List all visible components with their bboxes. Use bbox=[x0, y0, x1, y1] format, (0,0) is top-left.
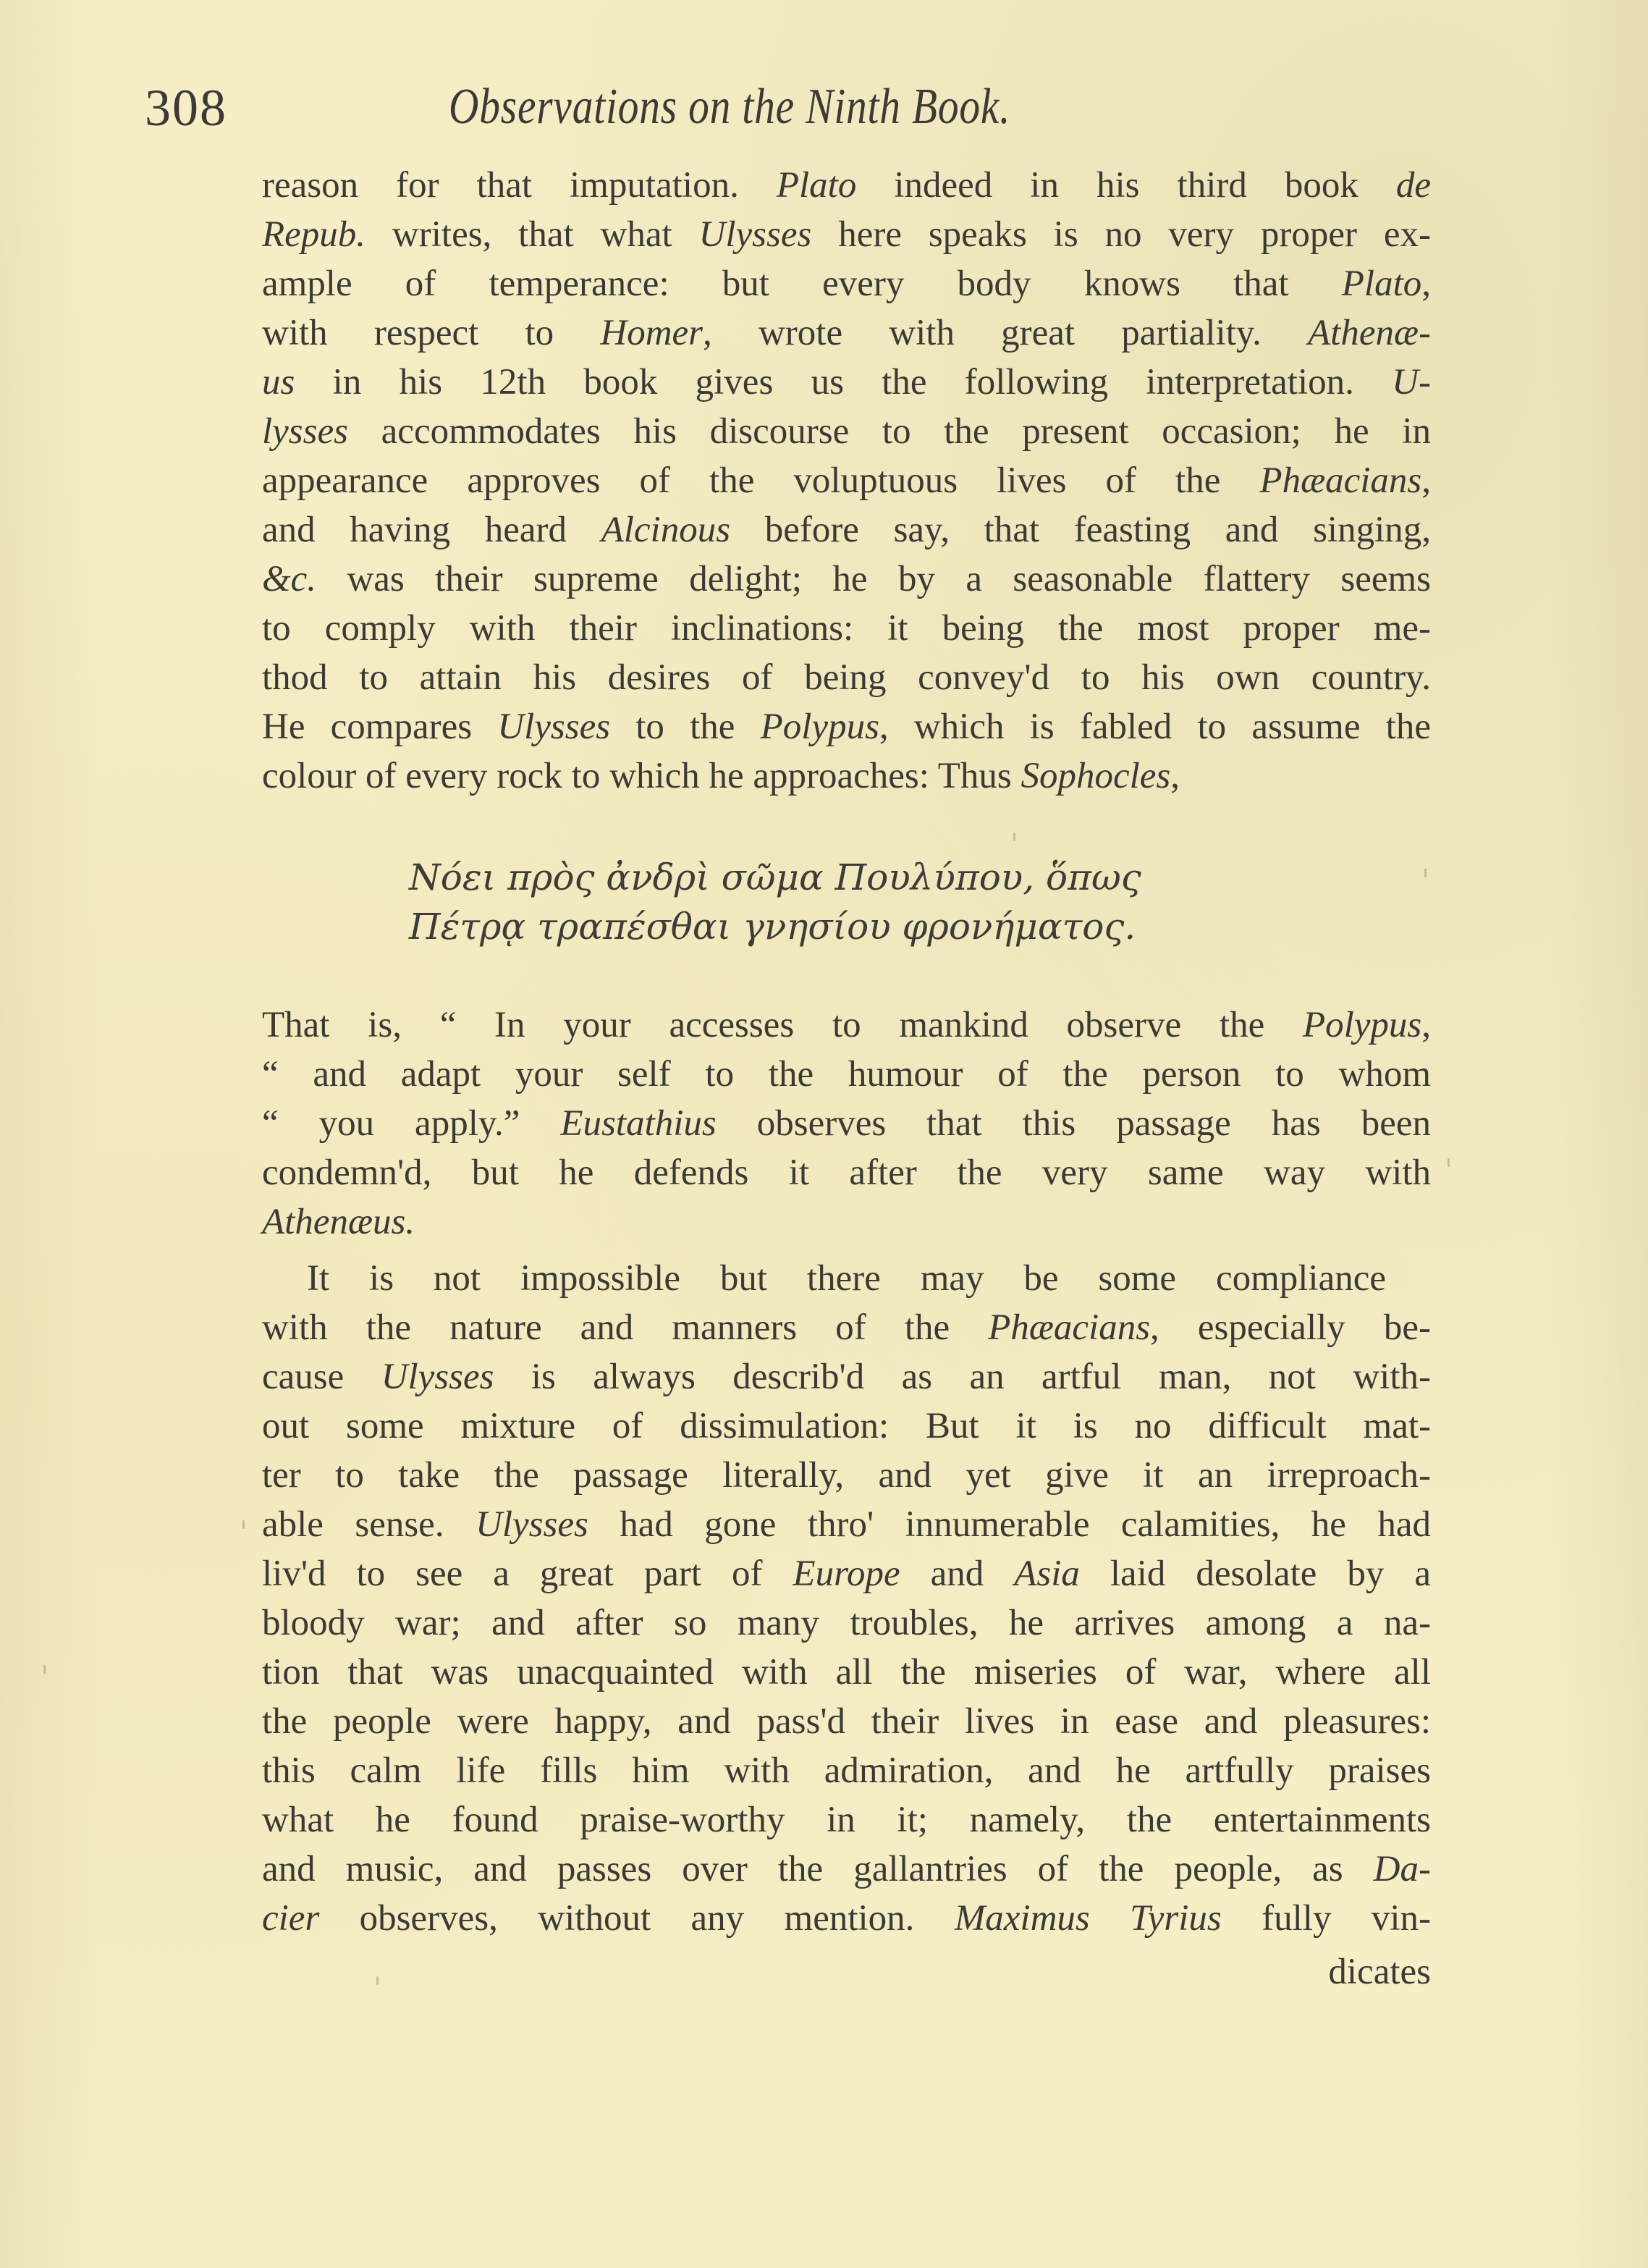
line-content: He compares Ulysses to the Polypus, whic… bbox=[262, 702, 1431, 751]
paper-speck bbox=[376, 1976, 379, 1985]
italic-name: Phæacians bbox=[988, 1307, 1150, 1348]
text-run: and having heard bbox=[262, 510, 601, 550]
verse-line: Πέτρᾳ τραπέσθαι γνησίου φρονήματος. bbox=[409, 902, 1141, 951]
text-run: It is not impossible but there may be so… bbox=[307, 1258, 1386, 1299]
text-line: cause Ulysses is always describ'd as an … bbox=[262, 1352, 1431, 1401]
line-content: It is not impossible but there may be so… bbox=[307, 1254, 1386, 1303]
line-content: &c. was their supreme delight; he by a s… bbox=[262, 555, 1431, 604]
text-line: colour of every rock to which he approac… bbox=[262, 751, 1431, 801]
italic-name: us bbox=[262, 362, 295, 402]
text-line: to comply with their inclinations: it be… bbox=[262, 604, 1431, 653]
text-line: &c. was their supreme delight; he by a s… bbox=[262, 555, 1431, 604]
line-content: condemn'd, but he defends it after the v… bbox=[262, 1148, 1431, 1197]
italic-name: Polypus bbox=[761, 707, 879, 747]
italic-name: Maximus Tyrius bbox=[955, 1898, 1222, 1939]
line-content: “ and adapt your self to the humour of t… bbox=[262, 1050, 1431, 1099]
italic-name: Phæacians bbox=[1259, 460, 1421, 501]
text-run: He compares bbox=[262, 707, 497, 747]
text-line: lysses accommodates his discourse to the… bbox=[262, 407, 1431, 456]
text-run: , bbox=[1421, 1005, 1431, 1045]
italic-name: lysses bbox=[262, 411, 348, 452]
text-line: “ and adapt your self to the humour of t… bbox=[262, 1050, 1431, 1099]
text-line: ter to take the passage literally, and y… bbox=[262, 1451, 1431, 1500]
italic-name: Da- bbox=[1374, 1849, 1431, 1889]
italic-name: Europe bbox=[793, 1554, 900, 1594]
text-run: what he found praise-worthy in it; namel… bbox=[262, 1800, 1431, 1840]
text-line: cier observes, without any mention. Maxi… bbox=[262, 1894, 1431, 1943]
paragraph-2: It is not impossible but there may be so… bbox=[262, 1254, 1431, 1943]
text-line: condemn'd, but he defends it after the v… bbox=[262, 1148, 1431, 1197]
text-line: thod to attain his desires of being conv… bbox=[262, 653, 1431, 702]
text-line: us in his 12th book gives us the followi… bbox=[262, 358, 1431, 407]
text-run: and bbox=[900, 1554, 1015, 1594]
italic-name: de bbox=[1396, 165, 1431, 206]
text-line: Athenæus. bbox=[262, 1197, 1431, 1247]
paper-speck bbox=[1013, 832, 1015, 841]
text-run: tion that was unacquainted with all the … bbox=[262, 1652, 1431, 1692]
italic-name: cier bbox=[262, 1898, 319, 1939]
italic-name: Asia bbox=[1014, 1554, 1080, 1594]
line-content: “ you apply.” Eustathius observes that t… bbox=[262, 1099, 1431, 1148]
italic-name: Repub. bbox=[262, 214, 365, 255]
italic-name: Plato bbox=[777, 165, 857, 206]
italic-name: Eustathius bbox=[560, 1103, 716, 1144]
line-content: bloody war; and after so many troubles, … bbox=[262, 1598, 1431, 1648]
italic-name: Athenæ- bbox=[1308, 313, 1431, 353]
text-run: in his 12th book gives us the following … bbox=[295, 362, 1392, 402]
italic-name: Athenæus. bbox=[262, 1202, 415, 1242]
text-line: That is, “ In your accesses to mankind o… bbox=[262, 1000, 1431, 1050]
text-run: is always describ'd as an artful man, no… bbox=[494, 1357, 1431, 1397]
line-content: cier observes, without any mention. Maxi… bbox=[262, 1894, 1431, 1943]
text-line: and having heard Alcinous before say, th… bbox=[262, 505, 1431, 555]
text-line: what he found praise-worthy in it; namel… bbox=[262, 1795, 1431, 1845]
text-line: reason for that imputation. Plato indeed… bbox=[262, 161, 1431, 210]
line-content: lysses accommodates his discourse to the… bbox=[262, 407, 1431, 456]
italic-name: &c. bbox=[262, 559, 316, 599]
line-content: ample of temperance: but every body know… bbox=[262, 259, 1431, 308]
text-run: laid desolate by a bbox=[1080, 1554, 1431, 1594]
line-content: to comply with their inclinations: it be… bbox=[262, 604, 1431, 653]
running-head: 308 Observations on the Ninth Book. bbox=[145, 78, 1440, 158]
text-run: condemn'd, but he defends it after the v… bbox=[262, 1152, 1431, 1193]
text-line: liv'd to see a great part of Europe and … bbox=[262, 1549, 1431, 1598]
text-run: this calm life fills him with admiration… bbox=[262, 1750, 1431, 1791]
paper-speck bbox=[1424, 869, 1427, 877]
text-run: cause bbox=[262, 1357, 381, 1397]
line-content: cause Ulysses is always describ'd as an … bbox=[262, 1352, 1431, 1401]
text-line: He compares Ulysses to the Polypus, whic… bbox=[262, 702, 1431, 751]
line-content: Repub. writes, that what Ulysses here sp… bbox=[262, 210, 1431, 259]
book-page: 308 Observations on the Ninth Book. reas… bbox=[0, 0, 1648, 2268]
text-line: tion that was unacquainted with all the … bbox=[262, 1648, 1431, 1697]
text-run: colour of every rock to which he approac… bbox=[262, 756, 1021, 796]
paper-speck bbox=[242, 1520, 245, 1529]
text-line: “ you apply.” Eustathius observes that t… bbox=[262, 1099, 1431, 1148]
text-run: liv'd to see a great part of bbox=[262, 1554, 793, 1594]
text-run: , bbox=[1421, 264, 1431, 304]
greek-verse-quotation: Νόει πρὸς ἀνδρὶ σῶμα Πουλύπου, ὅπως Πέτρ… bbox=[409, 853, 1141, 951]
italic-name: Sophocles bbox=[1021, 756, 1170, 796]
text-line: able sense. Ulysses had gone thro' innum… bbox=[262, 1500, 1431, 1549]
paragraph-translation: That is, “ In your accesses to mankind o… bbox=[262, 1000, 1431, 1247]
line-content: ter to take the passage literally, and y… bbox=[262, 1451, 1431, 1500]
text-run: , bbox=[1421, 460, 1431, 501]
text-run: appearance approves of the voluptuous li… bbox=[262, 460, 1259, 501]
line-content: That is, “ In your accesses to mankind o… bbox=[262, 1000, 1431, 1050]
text-line: appearance approves of the voluptuous li… bbox=[262, 456, 1431, 505]
text-run: to comply with their inclinations: it be… bbox=[262, 608, 1431, 649]
line-content: and music, and passes over the gallantri… bbox=[262, 1845, 1431, 1894]
text-run: able sense. bbox=[262, 1504, 476, 1545]
line-content: Athenæus. bbox=[262, 1197, 1431, 1247]
text-run: , bbox=[1170, 756, 1180, 796]
verse-line: Νόει πρὸς ἀνδρὶ σῶμα Πουλύπου, ὅπως bbox=[409, 853, 1141, 902]
catchword: dicates bbox=[262, 1947, 1431, 1997]
line-content: what he found praise-worthy in it; namel… bbox=[262, 1795, 1431, 1845]
text-run: out some mixture of dissimulation: But i… bbox=[262, 1406, 1431, 1446]
text-line: and music, and passes over the gallantri… bbox=[262, 1845, 1431, 1894]
text-run: with the nature and manners of the bbox=[262, 1307, 988, 1348]
text-run: writes, that what bbox=[365, 214, 698, 255]
text-run: indeed in his third book bbox=[856, 165, 1396, 206]
text-line: out some mixture of dissimulation: But i… bbox=[262, 1401, 1431, 1451]
text-run: ter to take the passage literally, and y… bbox=[262, 1455, 1431, 1496]
line-content: appearance approves of the voluptuous li… bbox=[262, 456, 1431, 505]
italic-name: Polypus bbox=[1303, 1005, 1421, 1045]
italic-name: Plato bbox=[1342, 264, 1422, 304]
text-run: ample of temperance: but every body know… bbox=[262, 264, 1342, 304]
text-run: had gone thro' innumerable calamities, h… bbox=[588, 1504, 1431, 1545]
paper-speck bbox=[1448, 1158, 1450, 1167]
text-run: was their supreme delight; he by a seaso… bbox=[316, 559, 1431, 599]
text-run: reason for that imputation. bbox=[262, 165, 777, 206]
text-line: It is not impossible but there may be so… bbox=[262, 1254, 1431, 1303]
text-run: , which is fabled to assume the bbox=[879, 707, 1431, 747]
italic-name: U- bbox=[1392, 362, 1431, 402]
line-content: out some mixture of dissimulation: But i… bbox=[262, 1401, 1431, 1451]
text-line: with the nature and manners of the Phæac… bbox=[262, 1303, 1431, 1352]
text-line: this calm life fills him with admiration… bbox=[262, 1746, 1431, 1795]
line-content: the people were happy, and pass'd their … bbox=[262, 1697, 1431, 1746]
text-run: thod to attain his desires of being conv… bbox=[262, 657, 1431, 698]
text-line: bloody war; and after so many troubles, … bbox=[262, 1598, 1431, 1648]
text-run: , especially be- bbox=[1150, 1307, 1431, 1348]
line-content: and having heard Alcinous before say, th… bbox=[262, 505, 1431, 555]
text-line: ample of temperance: but every body know… bbox=[262, 259, 1431, 308]
text-run: observes, without any mention. bbox=[319, 1898, 955, 1939]
text-run: to the bbox=[610, 707, 761, 747]
running-title: Observations on the Ninth Book. bbox=[449, 78, 1010, 136]
text-line: the people were happy, and pass'd their … bbox=[262, 1697, 1431, 1746]
paragraph-1: reason for that imputation. Plato indeed… bbox=[262, 161, 1431, 801]
text-run: with respect to bbox=[262, 313, 600, 353]
line-content: liv'd to see a great part of Europe and … bbox=[262, 1549, 1431, 1598]
italic-name: Alcinous bbox=[601, 510, 730, 550]
text-run: bloody war; and after so many troubles, … bbox=[262, 1603, 1431, 1643]
text-line: Repub. writes, that what Ulysses here sp… bbox=[262, 210, 1431, 259]
line-content: with the nature and manners of the Phæac… bbox=[262, 1303, 1431, 1352]
italic-name: Ulysses bbox=[476, 1504, 588, 1545]
line-content: us in his 12th book gives us the followi… bbox=[262, 358, 1431, 407]
line-content: reason for that imputation. Plato indeed… bbox=[262, 161, 1431, 210]
italic-name: Homer bbox=[600, 313, 703, 353]
text-run: , wrote with great partiality. bbox=[703, 313, 1308, 353]
line-content: tion that was unacquainted with all the … bbox=[262, 1648, 1431, 1697]
italic-name: Ulysses bbox=[381, 1357, 494, 1397]
text-run: here speaks is no very proper ex- bbox=[811, 214, 1431, 255]
line-content: colour of every rock to which he approac… bbox=[262, 751, 1431, 801]
line-content: with respect to Homer, wrote with great … bbox=[262, 308, 1431, 358]
text-run: the people were happy, and pass'd their … bbox=[262, 1701, 1431, 1742]
italic-name: Ulysses bbox=[497, 707, 610, 747]
line-content: thod to attain his desires of being conv… bbox=[262, 653, 1431, 702]
text-line: with respect to Homer, wrote with great … bbox=[262, 308, 1431, 358]
text-run: “ you apply.” bbox=[262, 1103, 560, 1144]
text-run: That is, “ In your accesses to mankind o… bbox=[262, 1005, 1303, 1045]
text-run: before say, that feasting and singing, bbox=[730, 510, 1431, 550]
page-number: 308 bbox=[145, 78, 227, 138]
text-run: “ and adapt your self to the humour of t… bbox=[262, 1054, 1431, 1095]
paper-speck bbox=[43, 1665, 46, 1674]
text-run: accommodates his discourse to the presen… bbox=[348, 411, 1431, 452]
text-run: and music, and passes over the gallantri… bbox=[262, 1849, 1374, 1889]
line-content: able sense. Ulysses had gone thro' innum… bbox=[262, 1500, 1431, 1549]
italic-name: Ulysses bbox=[699, 214, 812, 255]
text-run: fully vin- bbox=[1222, 1898, 1431, 1939]
text-run: observes that this passage has been bbox=[717, 1103, 1431, 1144]
line-content: this calm life fills him with admiration… bbox=[262, 1746, 1431, 1795]
